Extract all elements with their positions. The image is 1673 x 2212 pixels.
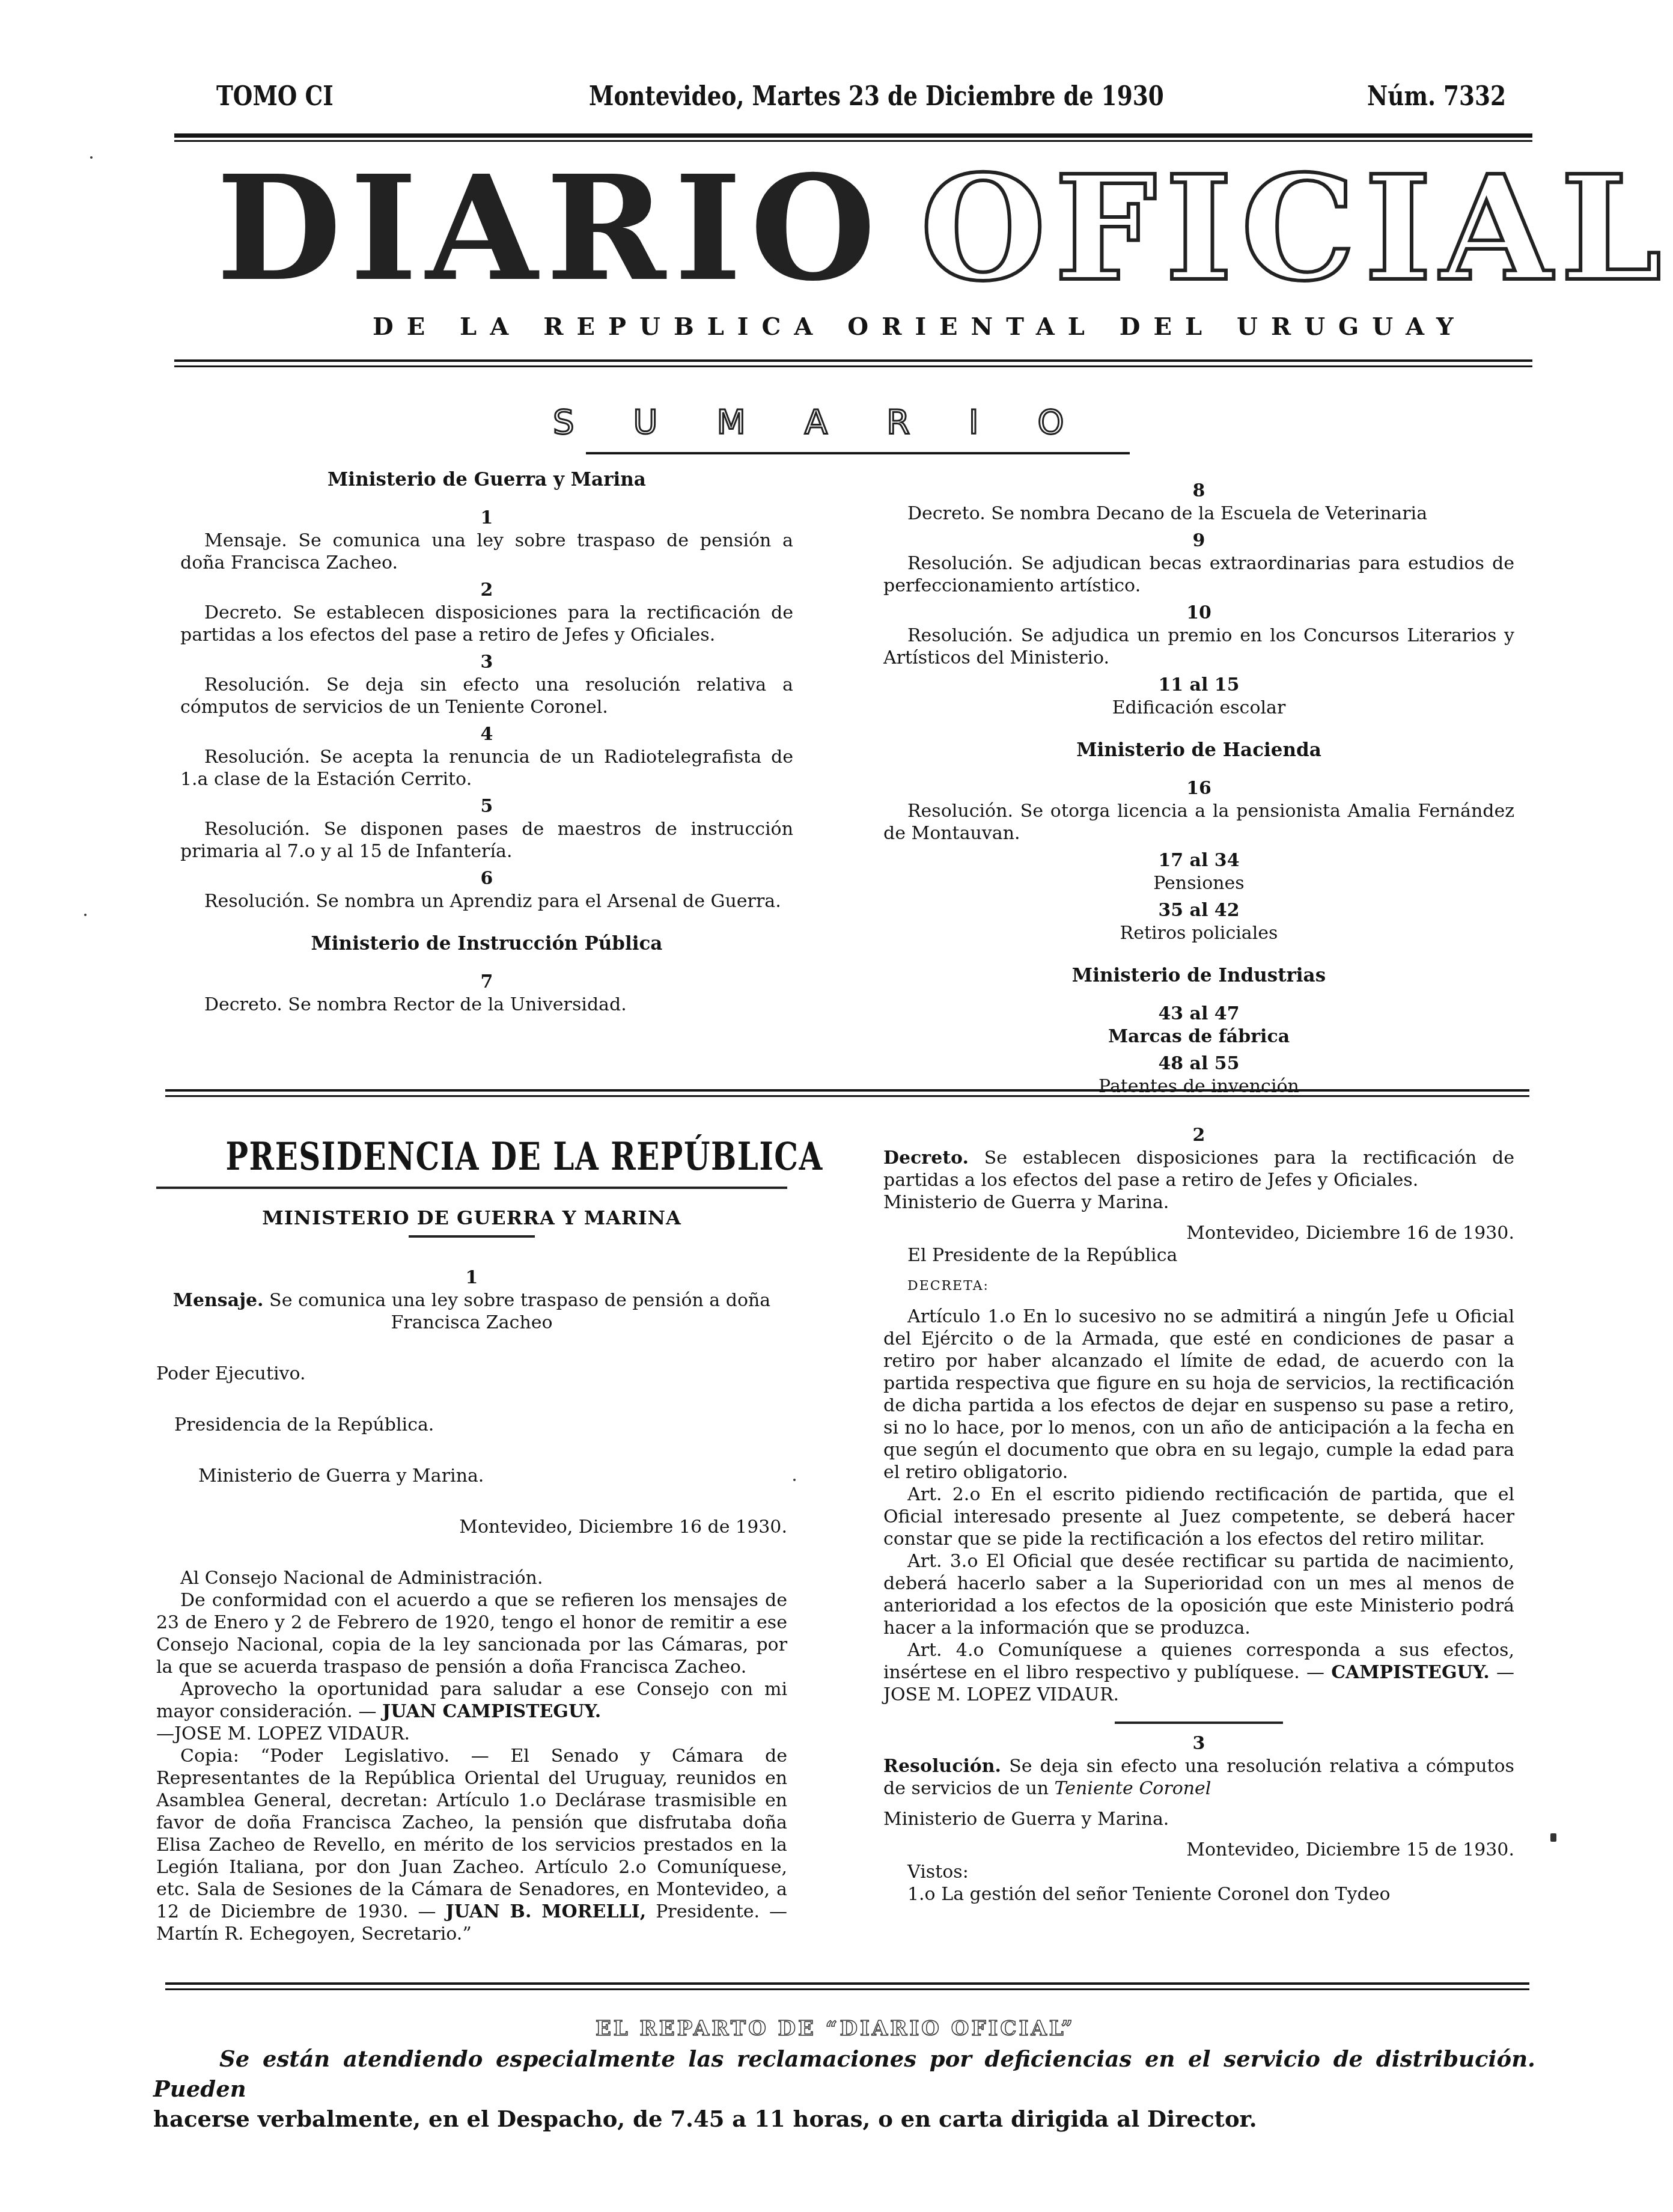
signature: JUAN CAMPISTEGUY. [382, 1701, 601, 1722]
body-left-column: PRESIDENCIA DE LA REPÚBLICA MINISTERIO D… [156, 1118, 787, 1945]
summary-item-number: 2 [180, 579, 793, 602]
signature: CAMPISTEGUY. [1331, 1662, 1490, 1683]
summary-item-label: Marcas de fábrica [883, 1025, 1514, 1048]
paragraph: De conformidad con el acuerdo a que se r… [156, 1589, 787, 1678]
ministerio-line: Ministerio de Guerra y Marina. [156, 1465, 787, 1487]
summary-entry: Resolución. Se deja sin efecto una resol… [180, 674, 793, 718]
summary-entry: Mensaje. Se comunica una ley sobre trasp… [180, 530, 793, 574]
presidencia-line: Presidencia de la República. [156, 1414, 787, 1436]
poder-ejecutivo: Poder Ejecutivo. [156, 1363, 787, 1385]
item-heading-text: Se comunica una ley sobre traspaso de pe… [269, 1290, 770, 1333]
summary-entry: Resolución. Se adjudican becas extraordi… [883, 552, 1514, 597]
paragraph-closing: Aprovecho la oportunidad para saludar a … [156, 1678, 787, 1745]
item-heading: Resolución. Se deja sin efecto una resol… [883, 1755, 1514, 1800]
notice-line-2: hacerse verbalmente, en el Despacho, de … [153, 2104, 1535, 2134]
issue-header: TOMO CI Montevideo, Martes 23 de Diciemb… [216, 81, 1538, 123]
document-date: Montevideo, Diciembre 16 de 1930. [883, 1222, 1514, 1244]
vistos-point: 1.o La gestión del señor Teniente Corone… [883, 1883, 1514, 1905]
summary-item-number: 6 [180, 867, 793, 890]
document-date: Montevideo, Diciembre 16 de 1930. [156, 1516, 787, 1538]
notice-title: EL REPARTO DE “DIARIO OFICIAL” [565, 2017, 1106, 2041]
body-right-column: 2 Decreto. Se establecen disposiciones p… [883, 1124, 1514, 1905]
summary-title-underline [586, 452, 1130, 454]
article: Art. 2.o En el escrito pidiendo rectific… [883, 1483, 1514, 1550]
summary-left-column: Ministerio de Guerra y Marina1Mensaje. S… [180, 469, 793, 1019]
body-bottom-divider [165, 1982, 1529, 1990]
copia-text: Copia: “Poder Legislativo. — El Senado y… [156, 1746, 787, 1922]
header-divider [174, 133, 1532, 142]
item-number: 1 [156, 1266, 787, 1289]
masthead-word-diario: DIARIO [216, 144, 884, 313]
summary-ministry-heading: Ministerio de Industrias [883, 965, 1514, 987]
summary-item-number: 17 al 34 [883, 849, 1514, 872]
item-heading-lead: Resolución. [883, 1756, 1001, 1777]
summary-entry: Resolución. Se otorga licencia a la pens… [883, 800, 1514, 845]
copia-signature: JUAN B. MORELLI, [446, 1901, 647, 1922]
item-heading: Mensaje. Se comunica una ley sobre trasp… [156, 1289, 787, 1334]
item-heading-text: Se establecen disposiciones para la rect… [883, 1147, 1514, 1191]
masthead-title: DIARIOOFICIAL [216, 162, 1484, 295]
issue-date: Montevideo, Martes 23 de Diciembre de 19… [589, 81, 1164, 112]
summary-item-number: 35 al 42 [883, 899, 1514, 922]
article: Art. 3.o El Oficial que desée rectificar… [883, 1550, 1514, 1639]
vistos-label: Vistos: [883, 1861, 1514, 1883]
notice-line-1: Se están atendiendo especialmente las re… [153, 2044, 1535, 2104]
summary-ministry-heading: Ministerio de Instrucción Pública [180, 933, 793, 955]
masthead-word-oficial: OFICIAL [920, 144, 1670, 313]
item-heading: Decreto. Se establecen disposiciones par… [883, 1147, 1514, 1191]
newspaper-page: TOMO CI Montevideo, Martes 23 de Diciemb… [0, 0, 1673, 2212]
summary-bottom-divider [165, 1089, 1529, 1097]
scan-speck [90, 156, 93, 159]
summary-title: SUMARIO [553, 403, 1154, 442]
copia-paragraph: Copia: “Poder Legislativo. — El Senado y… [156, 1745, 787, 1945]
summary-item-label: Retiros policiales [883, 922, 1514, 944]
summary-item-label: Edificación escolar [883, 697, 1514, 719]
section-title: PRESIDENCIA DE LA REPÚBLICA [226, 1136, 718, 1178]
item-number: 3 [883, 1732, 1514, 1755]
distribution-notice: Se están atendiendo especialmente las re… [153, 2044, 1535, 2134]
decreta-label: DECRETA: [883, 1275, 1514, 1297]
scan-speck [1550, 1833, 1556, 1842]
masthead-divider [174, 359, 1532, 367]
masthead-subtitle: DE LA REPUBLICA ORIENTAL DEL URUGUAY [373, 313, 1334, 341]
summary-item-label: Pensiones [883, 872, 1514, 894]
document-date: Montevideo, Diciembre 15 de 1930. [883, 1839, 1514, 1861]
ministerio-line: Ministerio de Guerra y Marina. [883, 1808, 1514, 1830]
summary-item-number: 9 [883, 530, 1514, 552]
summary-item-number: 1 [180, 507, 793, 530]
summary-item-number: 5 [180, 795, 793, 818]
summary-right-column: 8Decreto. Se nombra Decano de la Escuela… [883, 475, 1514, 1100]
summary-item-number: 43 al 47 [883, 1003, 1514, 1025]
ministerio-line: Ministerio de Guerra y Marina. [883, 1191, 1514, 1214]
summary-entry: Decreto. Se nombra Rector de la Universi… [180, 994, 793, 1016]
summary-entry: Resolución. Se disponen pases de maestro… [180, 818, 793, 863]
scan-speck [793, 1479, 796, 1481]
summary-item-number: 4 [180, 723, 793, 746]
volume-label: TOMO CI [216, 81, 334, 112]
article: Art. 4.o Comuníquese a quienes correspon… [883, 1639, 1514, 1706]
summary-item-number: 3 [180, 651, 793, 674]
item-heading-lead: Decreto. [883, 1147, 969, 1169]
president-line: El Presidente de la República [883, 1244, 1514, 1266]
summary-ministry-heading: Ministerio de Guerra y Marina [180, 469, 793, 491]
summary-entry: Resolución. Se acepta la renuncia de un … [180, 746, 793, 790]
summary-item-number: 11 al 15 [883, 674, 1514, 697]
summary-ministry-heading: Ministerio de Hacienda [883, 739, 1514, 762]
salutation: Al Consejo Nacional de Administración. [156, 1567, 787, 1589]
item-number: 2 [883, 1124, 1514, 1147]
item-heading-lead: Mensaje. [173, 1290, 264, 1311]
summary-entry: Resolución. Se adjudica un premio en los… [883, 625, 1514, 669]
summary-entry: Resolución. Se nombra un Aprendiz para e… [180, 890, 793, 912]
summary-item-number: 16 [883, 777, 1514, 800]
summary-item-number: 10 [883, 602, 1514, 625]
item-heading-italic: Teniente Coronel [1055, 1778, 1211, 1799]
issue-number: Núm. 7332 [1367, 81, 1506, 112]
summary-item-number: 48 al 55 [883, 1053, 1514, 1075]
summary-item-number: 7 [180, 971, 793, 994]
scan-speck [84, 914, 87, 916]
summary-entry: Decreto. Se establecen disposiciones par… [180, 602, 793, 646]
article: Artículo 1.o En lo sucesivo no se admiti… [883, 1306, 1514, 1483]
signature-2: —JOSE M. LOPEZ VIDAUR. [156, 1723, 410, 1744]
summary-entry: Decreto. Se nombra Decano de la Escuela … [883, 503, 1514, 525]
ministry-heading: MINISTERIO DE GUERRA Y MARINA [156, 1207, 787, 1229]
summary-item-number: 8 [883, 480, 1514, 503]
